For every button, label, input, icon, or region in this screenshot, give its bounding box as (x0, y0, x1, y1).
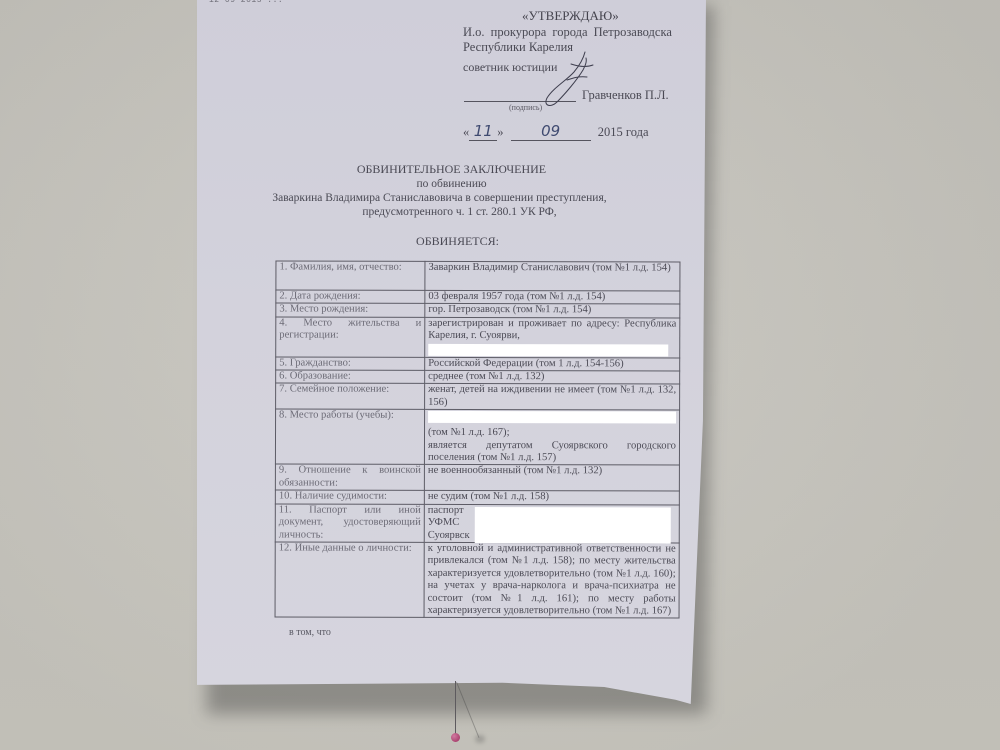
row-label: 5. Гражданство: (276, 357, 425, 371)
document-subtitle: по обвинению (197, 178, 706, 190)
row-value: Российской Федерации (том 1 л.д. 154-156… (425, 357, 680, 371)
personal-data-table: 1. Фамилия, имя, отчество: Заваркин Влад… (275, 260, 681, 618)
row-value: паспорт УФМС Суоярвск (424, 504, 679, 543)
pin-needle (455, 681, 456, 736)
row-value: 03 февраля 1957 года (том №1 л.д. 154) (425, 290, 680, 304)
row-value: (том №1 л.д. 167); является депутатом Су… (424, 410, 679, 466)
row-value: не военнообязанный (том №1 л.д. 132) (424, 465, 679, 491)
deputy-status: является депутатом Суоярвского городског… (428, 440, 676, 465)
row-value: Заваркин Владимир Станиславович (том №1 … (425, 261, 680, 291)
table-row: 12. Иные данные о личности: к уголовной … (275, 542, 679, 618)
redaction-block (428, 411, 676, 424)
row-value: к уголовной и административной ответстве… (424, 542, 679, 618)
approval-heading: «УТВЕРЖДАЮ» (522, 8, 619, 24)
row-label: 2. Дата рождения: (276, 290, 425, 304)
table-row: 1. Фамилия, имя, отчество: Заваркин Влад… (276, 261, 680, 291)
top-margin-mark: 12 09 2015 ... (209, 0, 283, 5)
row-label: 11. Паспорт или иной документ, удостовер… (275, 504, 424, 543)
row-value: зарегистрирован и проживает по адресу: Р… (425, 317, 680, 357)
table-row: 2. Дата рождения: 03 февраля 1957 года (… (276, 290, 680, 304)
row-label: 12. Иные данные о личности: (275, 542, 424, 618)
row-label: 4. Место жительства и регистрации: (276, 317, 425, 357)
redaction-block (428, 343, 668, 356)
document-title: ОБВИНИТЕЛЬНОЕ ЗАКЛЮЧЕНИЕ (197, 162, 706, 177)
pin-head-shadow (475, 735, 485, 743)
approver-position-line1: И.о. прокурора города Петрозаводска (463, 25, 672, 40)
table-row: 7. Семейное положение: женат, детей на и… (276, 383, 680, 410)
workplace-ref: (том №1 л.д. 167); (428, 427, 676, 440)
table-row: 11. Паспорт или иной документ, удостовер… (275, 504, 679, 543)
table-row: 8. Место работы (учебы): (том №1 л.д. 16… (275, 409, 679, 465)
approval-date: «11» 09 2015 года (463, 122, 649, 141)
push-pin-icon (451, 733, 460, 742)
redaction-block (475, 507, 671, 544)
table-row: 3. Место рождения: гор. Петрозаводск (то… (276, 303, 680, 317)
row-label: 9. Отношение к воинской обязанности: (275, 464, 424, 490)
accused-name-line: Заваркина Владимира Станиславовича в сов… (185, 192, 694, 204)
date-day: 11 (469, 122, 497, 141)
row-label: 8. Место работы (учебы): (275, 409, 424, 465)
accused-heading: ОБВИНЯЕТСЯ: (203, 234, 712, 249)
date-month: 09 (511, 122, 591, 141)
table-row: 6. Образование: среднее (том №1 л.д. 132… (276, 370, 680, 384)
handwritten-signature-icon (527, 50, 607, 110)
date-year: 2015 года (598, 125, 649, 139)
article-line: предусмотренного ч. 1 ст. 280.1 УК РФ, (205, 206, 714, 218)
row-value: женат, детей на иждивении не имеет (том … (425, 384, 680, 410)
address-text: зарегистрирован и проживает по адресу: Р… (428, 318, 676, 342)
table-row: 10. Наличие судимости: не судим (том №1 … (275, 490, 679, 504)
continuation-text: в том, что (289, 627, 331, 638)
row-value: гор. Петрозаводск (том №1 л.д. 154) (425, 304, 680, 318)
date-quote-close: » (497, 125, 503, 139)
row-label: 7. Семейное положение: (276, 383, 425, 409)
row-value: среднее (том №1 л.д. 132) (425, 370, 680, 384)
document-page: 12 09 2015 ... «УТВЕРЖДАЮ» И.о. прокурор… (197, 0, 706, 704)
table-row: 4. Место жительства и регистрации: зарег… (276, 317, 680, 358)
row-value: не судим (том №1 л.д. 158) (424, 491, 679, 505)
row-label: 6. Образование: (276, 370, 425, 384)
table-row: 9. Отношение к воинской обязанности: не … (275, 464, 679, 491)
table-row: 5. Гражданство: Российской Федерации (то… (276, 357, 680, 371)
row-label: 1. Фамилия, имя, отчество: (276, 261, 425, 290)
row-label: 3. Место рождения: (276, 303, 425, 317)
row-label: 10. Наличие судимости: (275, 490, 424, 504)
